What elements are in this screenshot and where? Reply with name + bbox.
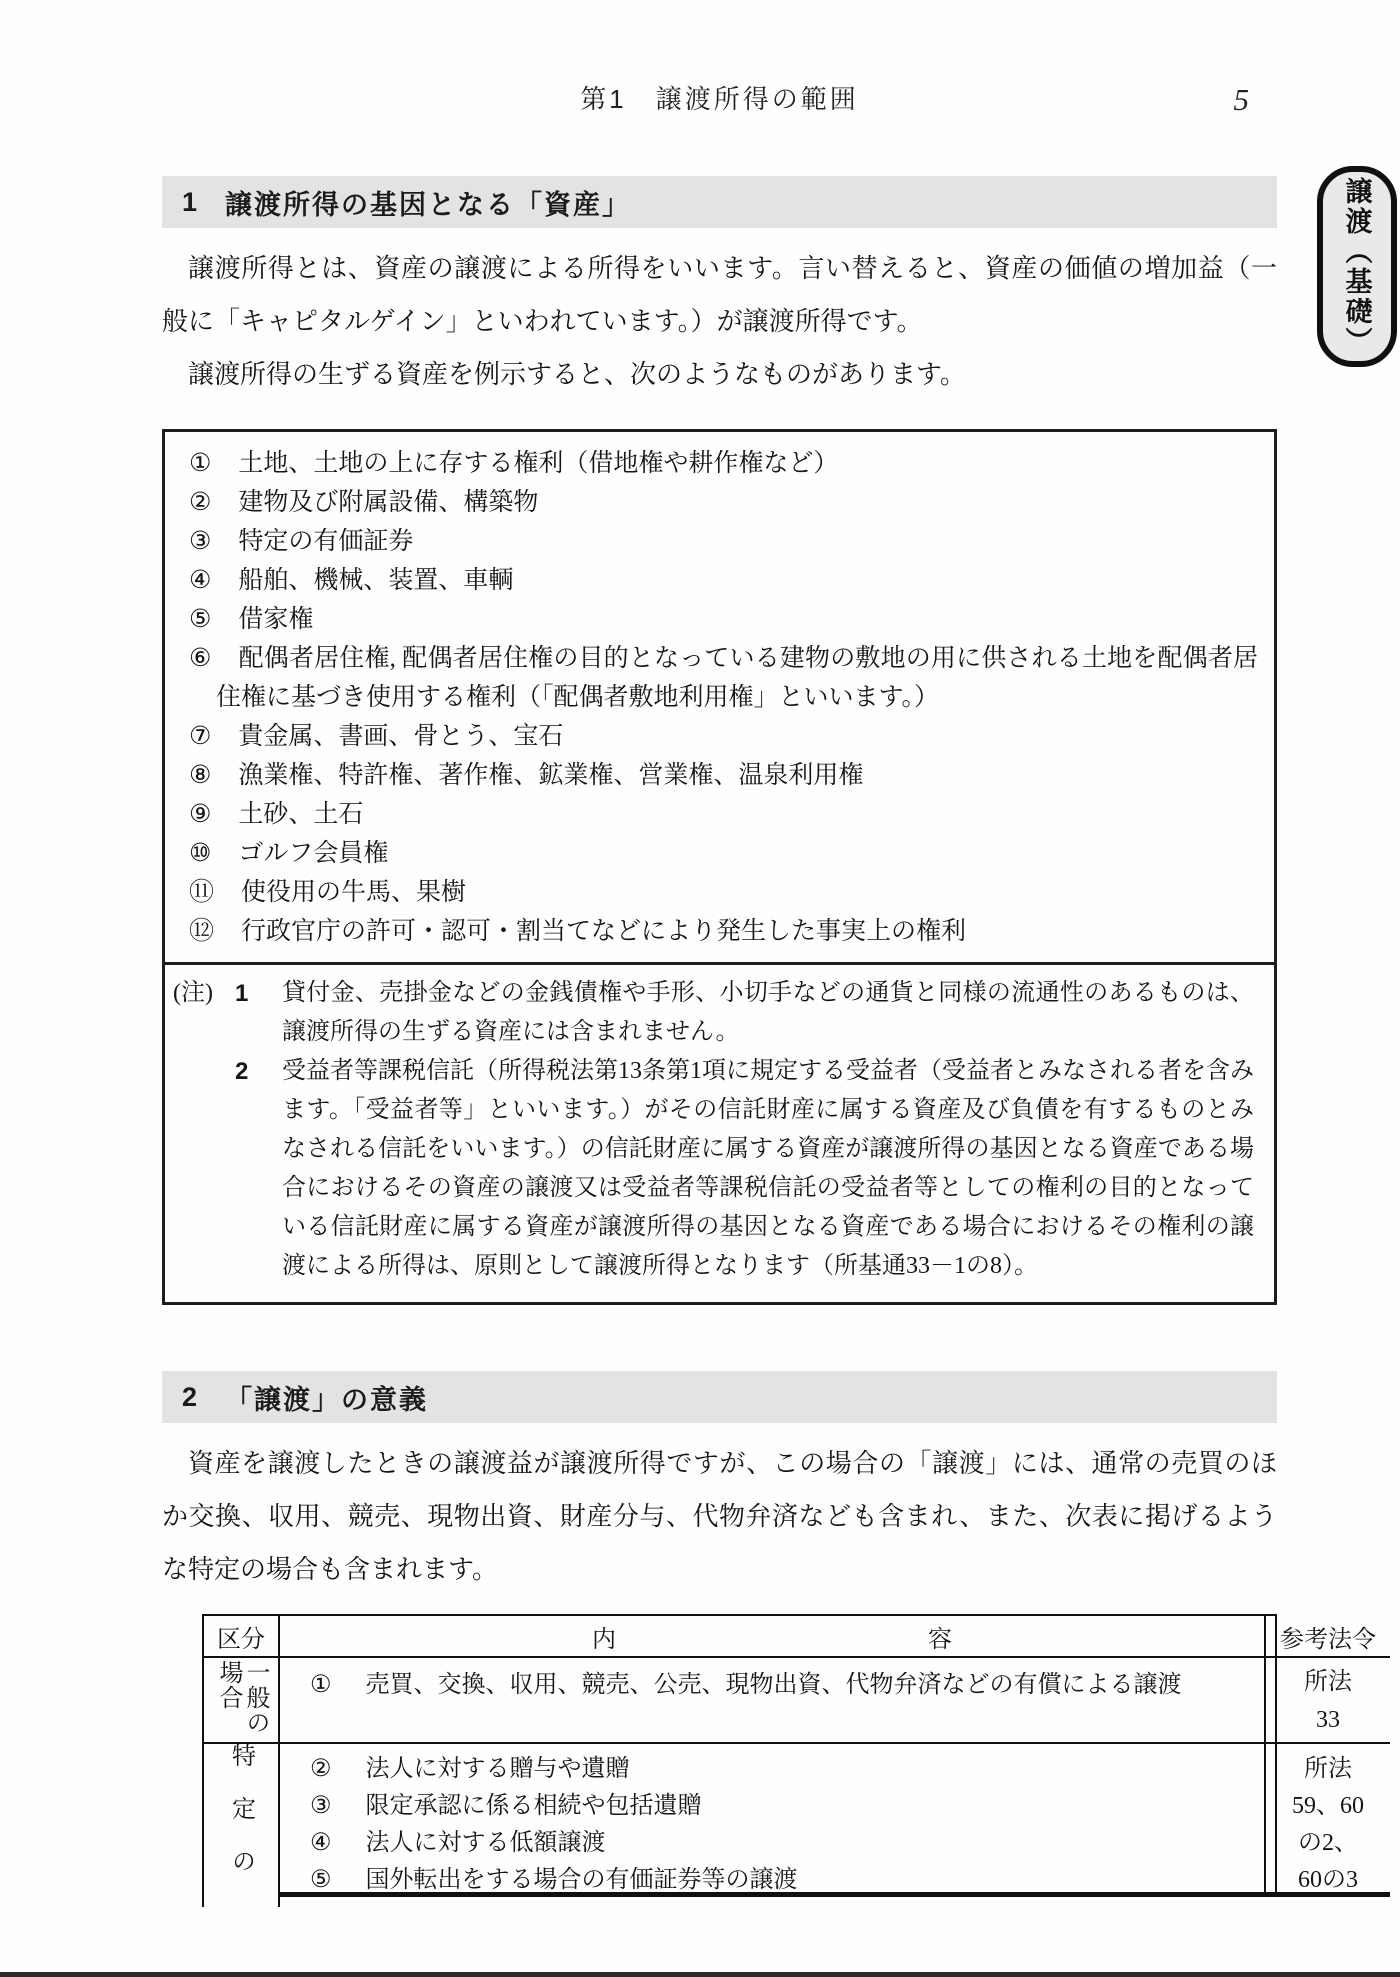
item-text: 建物及び附属設備、構築物 — [238, 489, 538, 516]
section-1-title: 譲渡所得の基因となる「資産」 — [225, 183, 631, 222]
side-index-tab: 譲渡（基礎） — [1317, 166, 1397, 367]
list-item: ④船舶、機械、装置、車輌 — [165, 561, 1258, 600]
list-item: ⑥配偶者居住権, 配偶者居住権の目的となっている建物の敷地の用に供される土地を配… — [165, 639, 1258, 717]
note-text: 貸付金、売掛金などの金銭債権や手形、小切手などの通貨と同様の流通性のあるものは、… — [282, 980, 1254, 1045]
section-2-body: 資産を譲渡したときの譲渡益が譲渡所得ですが、この場合の「譲渡」には、通常の売買の… — [162, 1437, 1277, 1596]
list-item: ⑫行政官庁の許可・認可・割当てなどにより発生した事実上の権利 — [165, 912, 1258, 951]
item-text: 売買、交換、収用、競売、公売、現物出資、代物弁済などの有償による譲渡 — [366, 1672, 1182, 1698]
item-number: ⑧ — [189, 762, 211, 789]
table-row-category: 特定の — [204, 1744, 280, 1897]
reference-line: 所法 — [1266, 1663, 1390, 1701]
note-item: (注) 1 貸付金、売掛金などの金銭債権や手形、小切手などの通貨と同様の流通性の… — [165, 974, 1258, 1052]
table-row-content: ②法人に対する贈与や遺贈 ③限定承認に係る相続や包括遺贈 ④法人に対する低額譲渡… — [280, 1744, 1266, 1897]
note-label: (注) — [173, 974, 213, 1013]
item-text: 行政官庁の許可・認可・割当てなどにより発生した事実上の権利 — [241, 918, 966, 945]
item-number: ⑥ — [189, 645, 212, 672]
col-header-reference: 参考法令 — [1266, 1616, 1390, 1658]
item-text: 法人に対する低額譲渡 — [366, 1830, 606, 1856]
table-continuation-line — [202, 1897, 204, 1907]
section-2-number: 2 — [182, 1382, 199, 1413]
page-number: 5 — [1234, 82, 1250, 118]
table-continuation-line — [278, 1897, 280, 1907]
section-2-title: 「譲渡」の意義 — [225, 1378, 428, 1417]
transfer-cases-table: 区分 内容 参考法令 一般の場合 ①売買、交換、収用、競売、公売、現物出資、代物… — [202, 1614, 1277, 1897]
item-text: 船舶、機械、装置、車輌 — [238, 567, 513, 594]
item-number: ⑤ — [310, 1867, 332, 1893]
item-text: 配偶者居住権, 配偶者居住権の目的となっている建物の敷地の用に供される土地を配偶… — [216, 645, 1258, 711]
item-number: ① — [310, 1672, 332, 1698]
item-number: ④ — [310, 1830, 332, 1856]
table-row-category: 一般の場合 — [204, 1658, 280, 1744]
section-1-number: 1 — [182, 187, 199, 218]
item-number: ② — [189, 489, 211, 516]
list-item: ③特定の有価証券 — [165, 522, 1258, 561]
paragraph: 資産を譲渡したときの譲渡益が譲渡所得ですが、この場合の「譲渡」には、通常の売買の… — [162, 1437, 1277, 1596]
item-text: 使役用の牛馬、果樹 — [241, 879, 466, 906]
list-item: ⑪使役用の牛馬、果樹 — [165, 873, 1258, 912]
book-page: 譲渡（基礎） 第1 譲渡所得の範囲 5 1 譲渡所得の基因となる「資産」 譲渡所… — [0, 0, 1400, 1977]
box-divider — [165, 962, 1274, 965]
paragraph: 譲渡所得の生ずる資産を例示すると、次のようなものがあります。 — [162, 348, 1277, 401]
item-text: 特定の有価証券 — [238, 528, 413, 555]
item-text: 土砂、土石 — [238, 801, 363, 828]
note-text: 受益者等課税信託（所得税法第13条第1項に規定する受益者（受益者とみなされる者を… — [282, 1058, 1254, 1279]
list-item: ⑩ゴルフ会員権 — [165, 834, 1258, 873]
item-number: ⑫ — [189, 918, 214, 945]
item-number: ① — [189, 450, 211, 477]
reference-line: 所法 — [1266, 1751, 1390, 1788]
item-number: ⑩ — [189, 840, 211, 867]
side-index-tab-label: 譲渡（基礎） — [1338, 177, 1377, 357]
item-text: ゴルフ会員権 — [238, 840, 388, 867]
item-number: ⑪ — [189, 879, 214, 906]
item-text: 土地、土地の上に存する権利（借地権や耕作権など） — [238, 450, 838, 477]
item-number: ⑤ — [189, 606, 211, 633]
item-number: ③ — [310, 1793, 332, 1819]
note-item: 2 受益者等課税信託（所得税法第13条第1項に規定する受益者（受益者とみなされる… — [165, 1052, 1258, 1286]
table-content-item: ⑤国外転出をする場合の有価証券等の譲渡 — [332, 1862, 1250, 1899]
item-text: 国外転出をする場合の有価証券等の譲渡 — [366, 1867, 798, 1893]
table-content-item: ③限定承認に係る相続や包括遺贈 — [332, 1788, 1250, 1825]
paragraph: 譲渡所得とは、資産の譲渡による所得をいいます。言い替えると、資産の価値の増加益（… — [162, 242, 1277, 348]
table-row-reference: 所法 33 — [1266, 1658, 1390, 1744]
list-item: ⑧漁業権、特許権、著作権、鉱業権、営業権、温泉利用権 — [165, 756, 1258, 795]
item-text: 借家権 — [238, 606, 313, 633]
item-number: ③ — [189, 528, 211, 555]
item-number: ⑦ — [189, 723, 211, 750]
list-item: ⑨土砂、土石 — [165, 795, 1258, 834]
item-number: ④ — [189, 567, 211, 594]
item-text: 法人に対する贈与や遺贈 — [366, 1756, 630, 1782]
item-number: ⑨ — [189, 801, 211, 828]
item-number: ② — [310, 1756, 332, 1782]
page-content: 第1 譲渡所得の範囲 5 1 譲渡所得の基因となる「資産」 譲渡所得とは、資産の… — [162, 0, 1277, 1897]
reference-line: 59、60 — [1266, 1788, 1390, 1825]
col-header-content: 内容 — [280, 1616, 1266, 1658]
list-item: ⑤借家権 — [165, 600, 1258, 639]
chapter-title: 第1 譲渡所得の範囲 — [580, 79, 858, 116]
asset-examples-box: ①土地、土地の上に存する権利（借地権や耕作権など） ②建物及び附属設備、構築物 … — [162, 429, 1277, 1305]
note-number: 2 — [235, 1052, 248, 1091]
section-1-header: 1 譲渡所得の基因となる「資産」 — [162, 176, 1277, 228]
item-text: 限定承認に係る相続や包括遺贈 — [366, 1793, 702, 1819]
list-item: ⑦貴金属、書画、骨とう、宝石 — [165, 717, 1258, 756]
item-text: 漁業権、特許権、著作権、鉱業権、営業権、温泉利用権 — [238, 762, 863, 789]
section-1-body: 譲渡所得とは、資産の譲渡による所得をいいます。言い替えると、資産の価値の増加益（… — [162, 242, 1277, 401]
table-content-item: ④法人に対する低額譲渡 — [332, 1825, 1250, 1862]
item-text: 貴金属、書画、骨とう、宝石 — [238, 723, 563, 750]
table-content-item: ①売買、交換、収用、競売、公売、現物出資、代物弁済などの有償による譲渡 — [332, 1665, 1250, 1705]
table-row-content: ①売買、交換、収用、競売、公売、現物出資、代物弁済などの有償による譲渡 — [280, 1658, 1266, 1744]
table-row-reference: 所法 59、60 の2、 60の3 — [1266, 1744, 1390, 1897]
table-content-item: ②法人に対する贈与や遺贈 — [332, 1751, 1250, 1788]
section-2-header: 2 「譲渡」の意義 — [162, 1371, 1277, 1423]
reference-line: の2、 — [1266, 1825, 1390, 1862]
note-number: 1 — [235, 974, 248, 1013]
col-header-category: 区分 — [204, 1616, 280, 1658]
reference-line: 33 — [1266, 1701, 1390, 1739]
list-item: ②建物及び附属設備、構築物 — [165, 483, 1258, 522]
list-item: ①土地、土地の上に存する権利（借地権や耕作権など） — [165, 444, 1258, 483]
reference-line: 60の3 — [1266, 1862, 1390, 1899]
running-head: 第1 譲渡所得の範囲 5 — [162, 76, 1277, 118]
page-bottom-edge — [0, 1972, 1400, 1977]
